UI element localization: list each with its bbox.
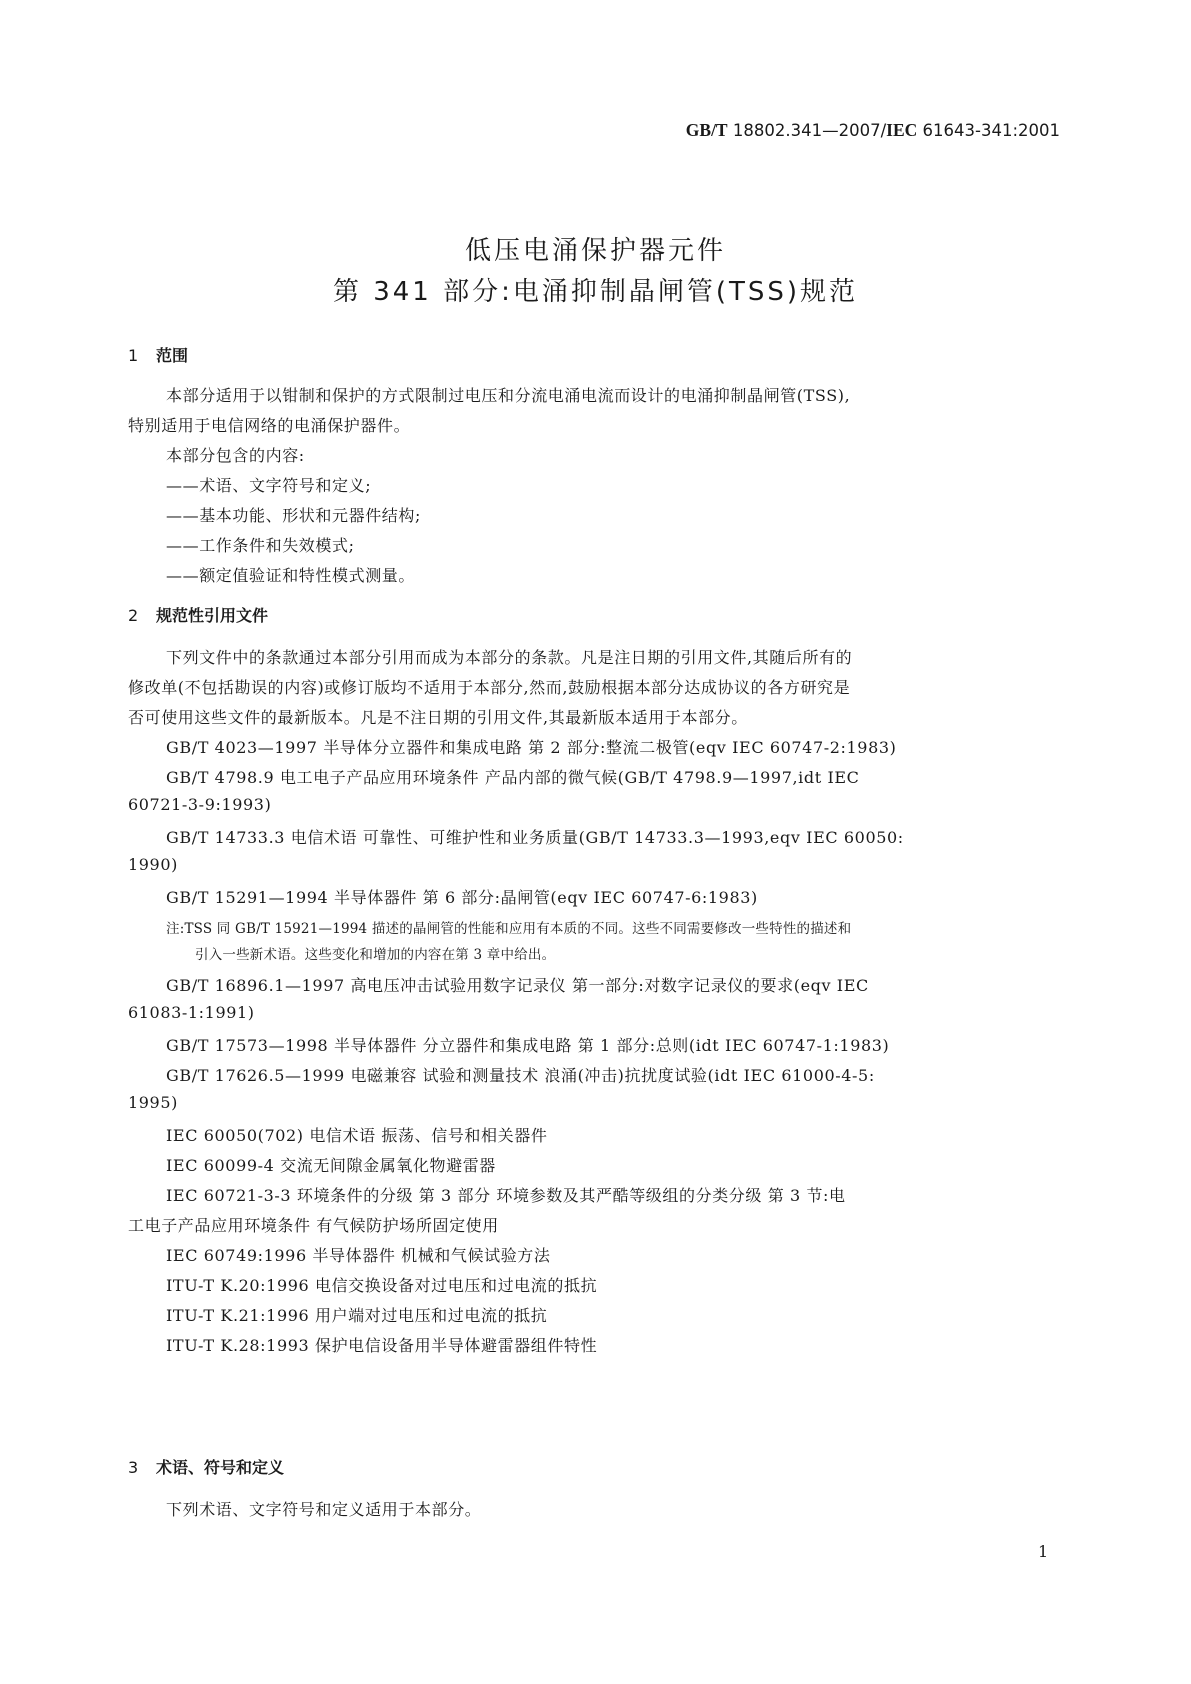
scope-contents-intro: 本部分包含的内容:: [166, 443, 305, 466]
reference-item: IEC 60099-4 交流无间隙金属氧化物避雷器: [166, 1153, 496, 1176]
reference-item: GB/T 14733.3 电信术语 可靠性、可维护性和业务质量(GB/T 147…: [166, 825, 904, 848]
section-1-heading: 1范围: [128, 343, 188, 366]
section-2-heading: 2规范性引用文件: [128, 603, 268, 626]
reference-item: GB/T 17626.5—1999 电磁兼容 试验和测量技术 浪涌(冲击)抗扰度…: [166, 1063, 875, 1086]
reference-item-continued: 1995): [128, 1093, 178, 1112]
references-paragraph-line: 否可使用这些文件的最新版本。凡是不注日期的引用文件,其最新版本适用于本部分。: [128, 705, 748, 728]
note-line: 注:TSS 同 GB/T 15921—1994 描述的晶闸管的性能和应用有本质的…: [166, 917, 851, 937]
terms-paragraph: 下列术语、文字符号和定义适用于本部分。: [166, 1497, 481, 1520]
reference-item-continued: 60721-3-9:1993): [128, 795, 271, 814]
list-item: ——术语、文字符号和定义;: [166, 473, 371, 496]
reference-item: ITU-T K.21:1996 用户端对过电压和过电流的抵抗: [166, 1303, 547, 1326]
page-number: 1: [1038, 1542, 1048, 1561]
list-item: ——额定值验证和特性模式测量。: [166, 563, 415, 586]
reference-item-continued: 1990): [128, 855, 178, 874]
scope-paragraph-line: 本部分适用于以钳制和保护的方式限制过电压和分流电涌电流而设计的电涌抑制晶闸管(T…: [166, 383, 850, 406]
section-3-heading: 3术语、符号和定义: [128, 1455, 284, 1478]
note-line: 引入一些新术语。这些变化和增加的内容在第 3 章中给出。: [195, 943, 555, 963]
reference-item-continued: 61083-1:1991): [128, 1003, 255, 1022]
scope-paragraph-line: 特别适用于电信网络的电涌保护器件。: [128, 413, 410, 436]
references-paragraph-line: 下列文件中的条款通过本部分引用而成为本部分的条款。凡是注日期的引用文件,其随后所…: [166, 645, 852, 668]
reference-item: IEC 60749:1996 半导体器件 机械和气候试验方法: [166, 1243, 551, 1266]
reference-item: GB/T 4798.9 电工电子产品应用环境条件 产品内部的微气候(GB/T 4…: [166, 765, 859, 788]
list-item: ——基本功能、形状和元器件结构;: [166, 503, 421, 526]
reference-item: IEC 60050(702) 电信术语 振荡、信号和相关器件: [166, 1123, 547, 1146]
list-item: ——工作条件和失效模式;: [166, 533, 355, 556]
reference-item: ITU-T K.28:1993 保护电信设备用半导体避雷器组件特性: [166, 1333, 597, 1356]
reference-item: GB/T 17573—1998 半导体器件 分立器件和集成电路 第 1 部分:总…: [166, 1033, 889, 1056]
references-paragraph-line: 修改单(不包括勘误的内容)或修订版均不适用于本部分,然而,鼓励根据本部分达成协议…: [128, 675, 850, 698]
reference-item: GB/T 4023—1997 半导体分立器件和集成电路 第 2 部分:整流二极管…: [166, 735, 896, 758]
standard-code: GB/T 18802.341—2007/IEC 61643-341:2001: [0, 120, 1060, 141]
document-title: 低压电涌保护器元件: [0, 230, 1191, 267]
reference-item: IEC 60721-3-3 环境条件的分级 第 3 部分 环境参数及其严酷等级组…: [166, 1183, 846, 1206]
document-subtitle: 第 341 部分:电涌抑制晶闸管(TSS)规范: [0, 271, 1191, 308]
reference-item: ITU-T K.20:1996 电信交换设备对过电压和过电流的抵抗: [166, 1273, 597, 1296]
reference-item: GB/T 16896.1—1997 高电压冲击试验用数字记录仪 第一部分:对数字…: [166, 973, 869, 996]
reference-item-continued: 工电子产品应用环境条件 有气候防护场所固定使用: [128, 1213, 499, 1236]
reference-item: GB/T 15291—1994 半导体器件 第 6 部分:晶闸管(eqv IEC…: [166, 885, 758, 908]
